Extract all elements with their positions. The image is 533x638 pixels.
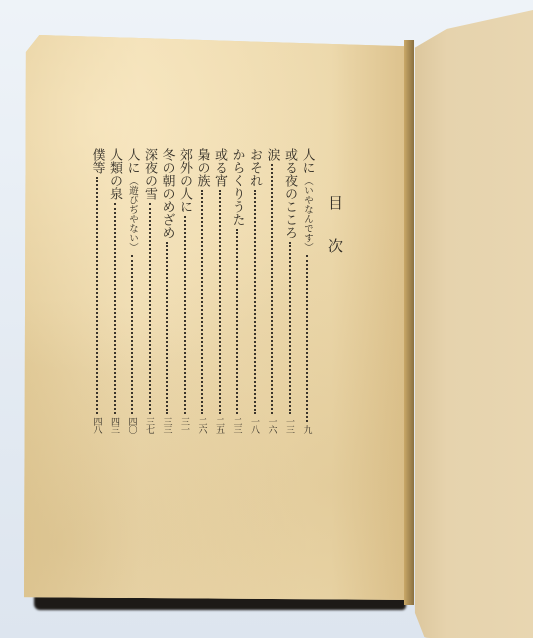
entry-page-number: 二三 <box>231 417 244 433</box>
toc-entry: 涙 一六 <box>265 148 279 433</box>
toc-entry: おそれ 一八 <box>248 148 262 433</box>
entry-page-number: 三一 <box>178 417 191 433</box>
toc-entry: 人に （遊びぢやない） 四〇 <box>125 148 139 433</box>
dot-leader <box>201 190 203 414</box>
entry-title: 涙 <box>263 148 282 161</box>
dot-leader <box>219 190 221 414</box>
toc-entry: からくりうた 二三 <box>230 148 244 433</box>
entry-title: 郊外の人に <box>175 148 194 213</box>
entry-page-number: 四〇 <box>126 417 139 433</box>
entry-title: 人類の泉 <box>105 148 124 200</box>
right-page <box>410 10 533 638</box>
entry-subtitle: （いやなんです） <box>300 176 314 252</box>
dot-leader <box>236 229 238 414</box>
dot-leader <box>149 203 151 414</box>
entry-subtitle: （遊びぢやない） <box>125 176 139 252</box>
entry-title: おそれ <box>245 148 264 187</box>
entry-title: 冬の朝のめざめ <box>158 148 177 239</box>
toc-entry: 深夜の雪 三七 <box>143 148 157 433</box>
entry-title: 僕等 <box>88 148 107 174</box>
entry-page-number: 二五 <box>213 417 226 433</box>
entry-page-number: 二六 <box>196 417 209 433</box>
dot-leader <box>306 255 308 422</box>
toc-entry: 人に （いやなんです） 九 <box>300 148 314 433</box>
entry-page-number: 四八 <box>91 417 104 433</box>
entry-title: 或る夜のこころ <box>280 148 299 239</box>
entry-page-number: 一八 <box>248 417 261 433</box>
entry-title: 深夜の雪 <box>140 148 159 200</box>
toc-entry: 郊外の人に 三一 <box>178 148 192 433</box>
toc-entry: 或る夜のこころ 一三 <box>283 148 297 433</box>
entry-title: からくりうた <box>228 148 247 226</box>
entry-page-number: 一三 <box>283 417 296 433</box>
dot-leader <box>271 164 273 414</box>
dot-leader <box>184 216 186 414</box>
entry-page-number: 三七 <box>143 417 156 433</box>
entry-title: 梟の族 <box>193 148 212 187</box>
entry-page-number: 三三 <box>161 417 174 433</box>
book-gutter <box>404 40 414 605</box>
toc-entry: 人類の泉 四三 <box>108 148 122 433</box>
entry-title: 或る宵 <box>210 148 229 187</box>
entry-title: 人に <box>123 148 142 174</box>
dot-leader <box>289 242 291 414</box>
toc-entry: 僕等 四八 <box>90 148 104 433</box>
toc-entry: 梟の族 二六 <box>195 148 209 433</box>
entry-page-number: 一六 <box>266 417 279 433</box>
toc-title: 目次 <box>325 195 346 281</box>
entry-page-number: 四三 <box>108 417 121 433</box>
dot-leader <box>114 203 116 414</box>
dot-leader <box>96 177 98 414</box>
toc-entry: 或る宵 二五 <box>213 148 227 433</box>
dot-leader <box>166 242 168 414</box>
dot-leader <box>131 255 133 414</box>
entry-page-number: 九 <box>301 425 314 433</box>
toc-entry: 冬の朝のめざめ 三三 <box>160 148 174 433</box>
entry-title: 人に <box>298 148 317 174</box>
dot-leader <box>254 190 256 414</box>
toc-list: 人に （いやなんです） 九 或る夜のこころ 一三 涙 一六 おそれ 一八 からく… <box>84 148 314 433</box>
